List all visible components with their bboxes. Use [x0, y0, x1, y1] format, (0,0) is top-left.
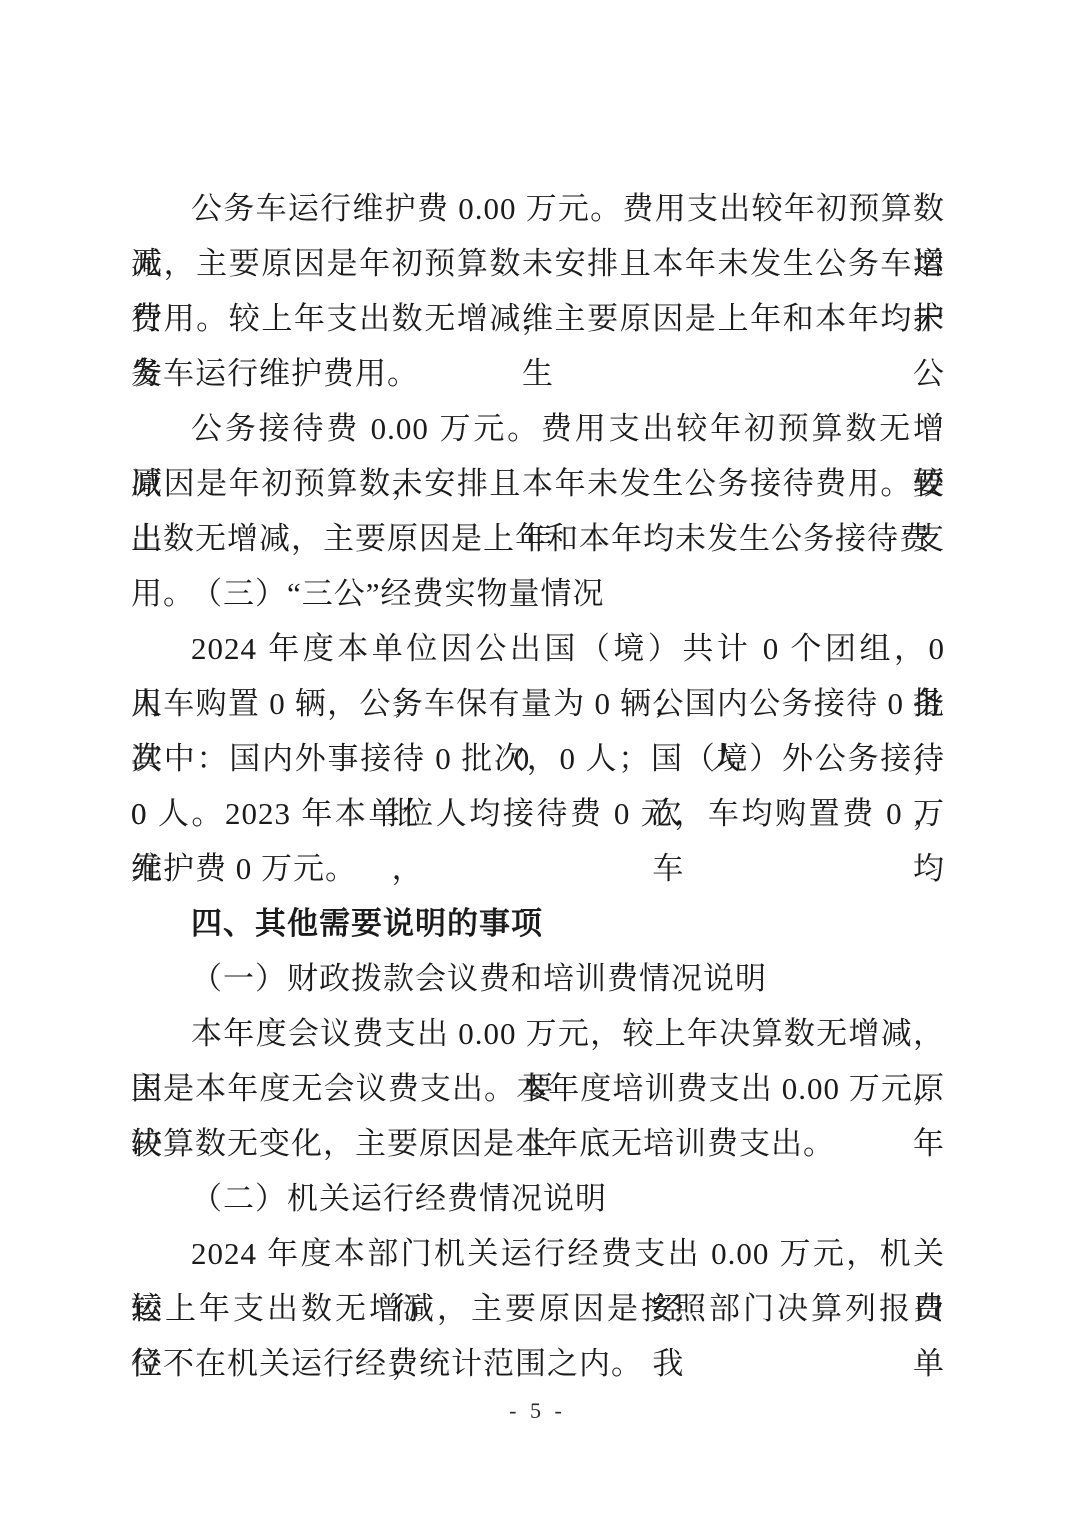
- paragraph-2-line: 原因是年初预算数未安排且本年未发生公务接待费用。较上年支: [131, 456, 945, 511]
- paragraph-3-line: 用车购置 0 辆，公务车保有量为 0 辆；国内公务接待 0 批次 0 人，: [131, 676, 945, 731]
- page-number: - 5 -: [0, 1396, 1075, 1426]
- paragraph-3-line: 2024 年度本单位因公出国（境）共计 0 个团组，0 人；公务: [131, 621, 945, 676]
- section-heading-four: 四、其他需要说明的事项: [131, 896, 945, 951]
- paragraph-5-line: 较上年支出数无增减，主要原因是按照部门决算列报口径，我单: [131, 1281, 945, 1336]
- paragraph-2-line: 公务接待费 0.00 万元。费用支出较年初预算数无增减，主要: [131, 401, 945, 456]
- paragraph-1-line: 费用。较上年支出数无增减，主要原因是上年和本年均未发生公: [131, 291, 945, 346]
- paragraph-5-line: 2024 年度本部门机关运行经费支出 0.00 万元，机关运行经费: [131, 1226, 945, 1281]
- paragraph-3-line: 其中：国内外事接待 0 批次，0 人；国（境）外公务接待 0 批次，: [131, 731, 945, 786]
- paragraph-4-line: 决算数无变化，主要原因是本年底无培训费支出。: [131, 1116, 945, 1171]
- document-page: 公务车运行维护费 0.00 万元。费用支出较年初预算数无增 减，主要原因是年初预…: [0, 0, 1075, 1520]
- paragraph-1-line: 减，主要原因是年初预算数未安排且本年未发生公务车运行维护: [131, 236, 945, 291]
- paragraph-1-line: 公务车运行维护费 0.00 万元。费用支出较年初预算数无增: [131, 181, 945, 236]
- paragraph-3-line: 0 人。2023 年本单位人均接待费 0 元，车均购置费 0 万元，车均: [131, 786, 945, 841]
- paragraph-4-line: 因是本年度无会议费支出。本年度培训费支出 0.00 万元，较上年: [131, 1061, 945, 1116]
- subsection-heading-agency-operation: （二）机关运行经费情况说明: [131, 1171, 945, 1226]
- subsection-heading-meeting-training: （一）财政拨款会议费和培训费情况说明: [131, 951, 945, 1006]
- section-heading-three-gong: （三）“三公”经费实物量情况: [131, 566, 945, 621]
- paragraph-2-line: 出数无增减，主要原因是上年和本年均未发生公务接待费用。: [131, 511, 945, 566]
- paragraph-4-line: 本年度会议费支出 0.00 万元，较上年决算数无增减，主要原: [131, 1006, 945, 1061]
- document-body: 公务车运行维护费 0.00 万元。费用支出较年初预算数无增 减，主要原因是年初预…: [131, 181, 945, 1391]
